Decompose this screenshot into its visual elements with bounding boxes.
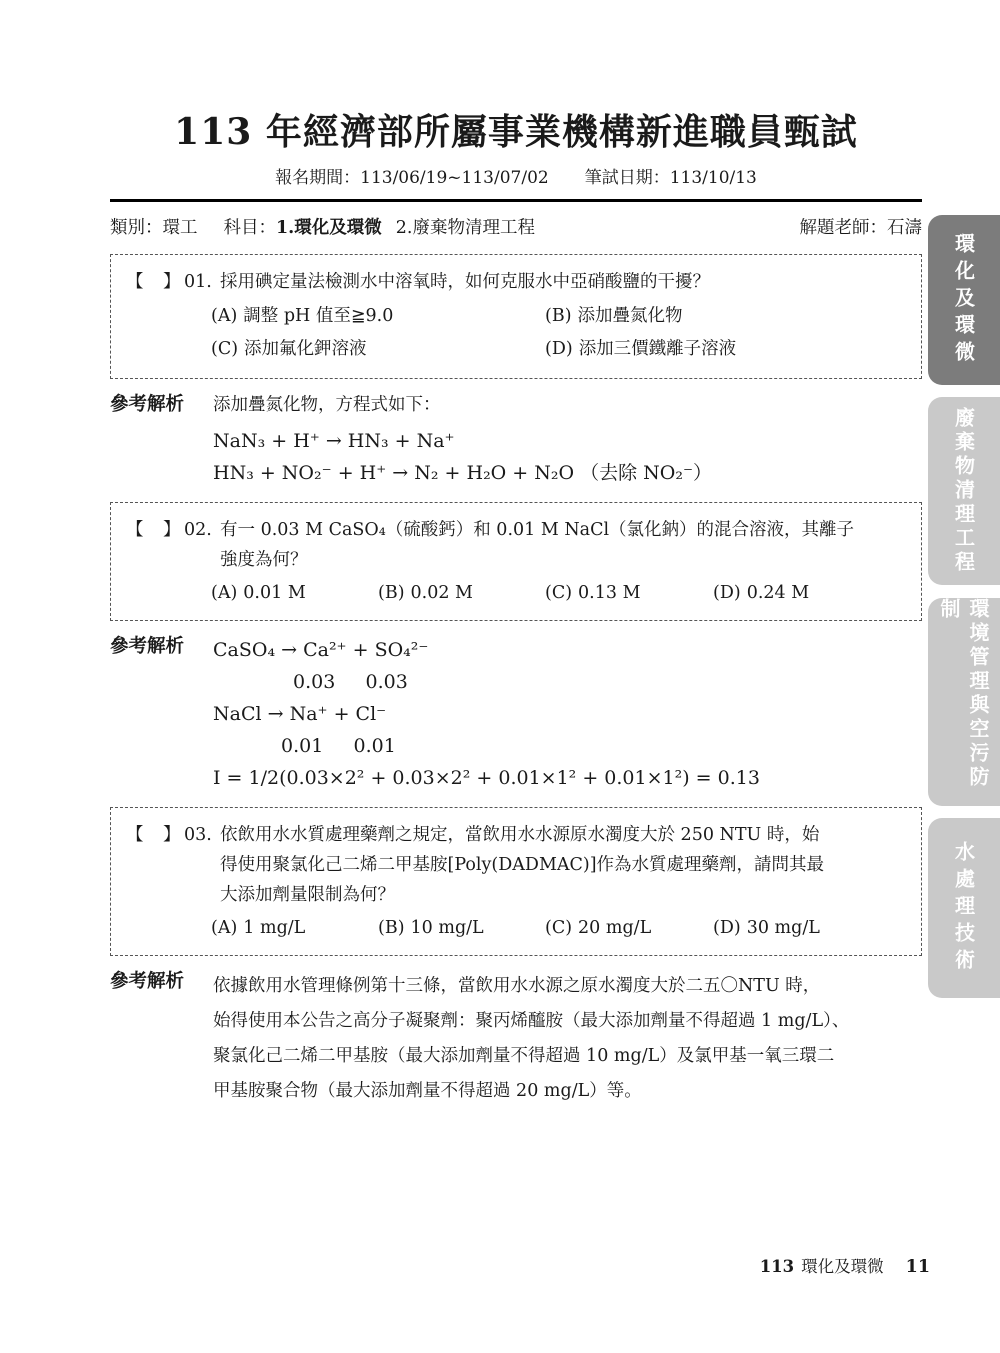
option-b: (B)10 mg/L — [378, 913, 545, 943]
teacher-label: 解題老師：石濤 — [800, 215, 923, 241]
page-number: 11 — [906, 1257, 930, 1277]
option-label: (C) — [211, 339, 238, 359]
option-text: 調整 pH 值至≧9.0 — [243, 306, 393, 326]
option-text: 30 mg/L — [747, 918, 820, 938]
analysis-3: 參考解析 依據飲用水管理條例第十三條，當飲用水水源之原水濁度大於二五〇NTU 時… — [110, 969, 922, 1109]
option-text: 1 mg/L — [243, 918, 305, 938]
option-c: (C)20 mg/L — [545, 913, 713, 943]
options-grid: (A)1 mg/L (B)10 mg/L (C)20 mg/L (D)30 mg… — [211, 913, 906, 943]
category-label: 類別：環工 — [110, 215, 198, 241]
option-label: (A) — [211, 306, 237, 326]
question-text: 採用碘定量法檢測水中溶氧時，如何克服水中亞硝酸鹽的干擾？ — [220, 267, 906, 297]
analysis-text-line: 甲基胺聚合物（最大添加劑量不得超過 20 mg/L）等。 — [213, 1074, 922, 1109]
option-label: (C) — [545, 583, 572, 603]
subject-2: 2.廢棄物清理工程 — [396, 215, 535, 241]
formula-group: NaN₃ + H⁺ → HN₃ + Na⁺ HN₃ + NO₂⁻ + H⁺ → … — [213, 425, 922, 489]
exam-date: 筆試日期：113/10/13 — [585, 166, 757, 190]
option-text: 添加疊氮化物 — [578, 306, 683, 326]
options-grid: (A)0.01 M (B)0.02 M (C)0.13 M (D)0.24 M — [211, 578, 906, 608]
answer-bracket: 【 】 — [126, 820, 184, 910]
option-a: (A)調整 pH 值至≧9.0 — [211, 300, 545, 333]
tab-huanjing-guanli-kongwu-fangzhi[interactable]: 環境管理與空污防制 — [928, 598, 1000, 806]
question-2-line: 【 】 02. 有一 0.03 M CaSO₄（硫酸鈣）和 0.01 M NaC… — [126, 515, 906, 575]
exam-meta-row: 類別：環工 科目： 1.環化及環微 2.廢棄物清理工程 解題老師：石濤 — [110, 215, 922, 241]
question-1-box: 【 】 01. 採用碘定量法檢測水中溶氧時，如何克服水中亞硝酸鹽的干擾？ (A)… — [110, 254, 922, 379]
question-number: 01. — [184, 267, 220, 297]
tab-shuichuli-jishu[interactable]: 水處理技術 — [928, 818, 1000, 998]
question-number: 03. — [184, 820, 220, 910]
analysis-label: 參考解析 — [110, 634, 213, 794]
option-d: (D)30 mg/L — [713, 913, 906, 943]
analysis-label: 參考解析 — [110, 969, 213, 1109]
analysis-content: CaSO₄ → Ca²⁺ + SO₄²⁻ 0.03 0.03 NaCl → Na… — [213, 634, 922, 794]
question-text: 依飲用水水質處理藥劑之規定，當飲用水水源原水濁度大於 250 NTU 時，始 得… — [220, 820, 906, 910]
tab-feiqiwu-qingli-gongcheng[interactable]: 廢棄物清理工程 — [928, 397, 1000, 585]
page-title: 113 年經濟部所屬事業機構新進職員甄試 — [110, 110, 922, 154]
page-content: 113 年經濟部所屬事業機構新進職員甄試 報名期間：113/06/19~113/… — [110, 0, 922, 1109]
option-text: 添加三價鐵離子溶液 — [579, 339, 737, 359]
option-c: (C)0.13 M — [545, 578, 713, 608]
chemical-equation: NaCl → Na⁺ + Cl⁻ — [213, 698, 922, 730]
option-c: (C)添加氟化鉀溶液 — [211, 333, 545, 366]
option-text: 0.02 M — [411, 583, 473, 603]
question-3-box: 【 】 03. 依飲用水水質處理藥劑之規定，當飲用水水源原水濁度大於 250 N… — [110, 807, 922, 956]
footer-subject: 環化及環微 — [801, 1253, 884, 1277]
option-text: 0.13 M — [578, 583, 640, 603]
option-label: (D) — [713, 918, 741, 938]
header-dates: 報名期間：113/06/19~113/07/02 筆試日期：113/10/13 — [110, 166, 922, 190]
option-text: 0.01 M — [243, 583, 305, 603]
chemical-equation: NaN₃ + H⁺ → HN₃ + Na⁺ — [213, 425, 922, 457]
question-text-line: 採用碘定量法檢測水中溶氧時，如何克服水中亞硝酸鹽的干擾？ — [220, 267, 906, 297]
option-label: (D) — [713, 583, 741, 603]
question-text-line: 強度為何？ — [220, 545, 906, 575]
registration-period: 報名期間：113/06/19~113/07/02 — [275, 166, 549, 190]
analysis-2: 參考解析 CaSO₄ → Ca²⁺ + SO₄²⁻ 0.03 0.03 NaCl… — [110, 634, 922, 794]
page-footer: 113 環化及環微 11 — [760, 1253, 930, 1277]
chemical-equation: HN₃ + NO₂⁻ + H⁺ → N₂ + H₂O + N₂O （去除 NO₂… — [213, 457, 922, 489]
option-text: 10 mg/L — [411, 918, 484, 938]
option-b: (B)添加疊氮化物 — [545, 300, 906, 333]
option-text: 0.24 M — [747, 583, 809, 603]
option-d: (D)添加三價鐵離子溶液 — [545, 333, 906, 366]
option-d: (D)0.24 M — [713, 578, 906, 608]
subject-1: 1.環化及環微 — [276, 215, 382, 241]
question-3-line: 【 】 03. 依飲用水水質處理藥劑之規定，當飲用水水源原水濁度大於 250 N… — [126, 820, 906, 910]
analysis-text-line: 始得使用本公告之高分子凝聚劑：聚丙烯醯胺（最大添加劑量不得超過 1 mg/L）、 — [213, 1004, 922, 1039]
option-label: (A) — [211, 918, 237, 938]
option-text: 添加氟化鉀溶液 — [244, 339, 367, 359]
footer-year: 113 — [760, 1257, 794, 1276]
chemical-equation: CaSO₄ → Ca²⁺ + SO₄²⁻ — [213, 634, 922, 666]
question-text: 有一 0.03 M CaSO₄（硫酸鈣）和 0.01 M NaCl（氯化鈉）的混… — [220, 515, 906, 575]
analysis-content: 依據飲用水管理條例第十三條，當飲用水水源之原水濁度大於二五〇NTU 時， 始得使… — [213, 969, 922, 1109]
option-label: (B) — [378, 583, 405, 603]
options-grid: (A)調整 pH 值至≧9.0 (B)添加疊氮化物 (C)添加氟化鉀溶液 (D)… — [211, 300, 906, 366]
question-2-box: 【 】 02. 有一 0.03 M CaSO₄（硫酸鈣）和 0.01 M NaC… — [110, 502, 922, 621]
question-1-line: 【 】 01. 採用碘定量法檢測水中溶氧時，如何克服水中亞硝酸鹽的干擾？ — [126, 267, 906, 297]
analysis-text-line: 聚氯化己二烯二甲基胺（最大添加劑量不得超過 10 mg/L）及氯甲基一氧三環二 — [213, 1039, 922, 1074]
analysis-content: 添加疊氮化物，方程式如下： NaN₃ + H⁺ → HN₃ + Na⁺ HN₃ … — [213, 392, 922, 489]
option-label: (B) — [545, 306, 572, 326]
option-text: 20 mg/L — [578, 918, 651, 938]
subject-label: 科目： — [224, 215, 277, 241]
option-a: (A)0.01 M — [211, 578, 378, 608]
option-b: (B)0.02 M — [378, 578, 545, 608]
tab-huanhua-ji-huanwei[interactable]: 環化及環微 — [928, 215, 1000, 385]
question-text-line: 有一 0.03 M CaSO₄（硫酸鈣）和 0.01 M NaCl（氯化鈉）的混… — [220, 515, 906, 545]
option-label: (D) — [545, 339, 573, 359]
ionic-strength-equation: I = 1/2(0.03×2² + 0.03×2² + 0.01×1² + 0.… — [213, 762, 922, 794]
analysis-intro: 添加疊氮化物，方程式如下： — [213, 392, 922, 419]
analysis-label: 參考解析 — [110, 392, 213, 489]
option-a: (A)1 mg/L — [211, 913, 378, 943]
concentration-values: 0.03 0.03 — [293, 666, 922, 698]
question-text-line: 得使用聚氯化己二烯二甲基胺[Poly(DADMAC)]作為水質處理藥劑，請問其最 — [220, 850, 906, 880]
option-label: (B) — [378, 918, 405, 938]
analysis-text-line: 依據飲用水管理條例第十三條，當飲用水水源之原水濁度大於二五〇NTU 時， — [213, 969, 922, 1004]
question-text-line: 大添加劑量限制為何？ — [220, 880, 906, 910]
option-label: (A) — [211, 583, 237, 603]
analysis-1: 參考解析 添加疊氮化物，方程式如下： NaN₃ + H⁺ → HN₃ + Na⁺… — [110, 392, 922, 489]
option-label: (C) — [545, 918, 572, 938]
question-number: 02. — [184, 515, 220, 575]
header-divider — [110, 199, 922, 202]
answer-bracket: 【 】 — [126, 515, 184, 575]
answer-bracket: 【 】 — [126, 267, 184, 297]
question-text-line: 依飲用水水質處理藥劑之規定，當飲用水水源原水濁度大於 250 NTU 時，始 — [220, 820, 906, 850]
concentration-values: 0.01 0.01 — [281, 730, 922, 762]
